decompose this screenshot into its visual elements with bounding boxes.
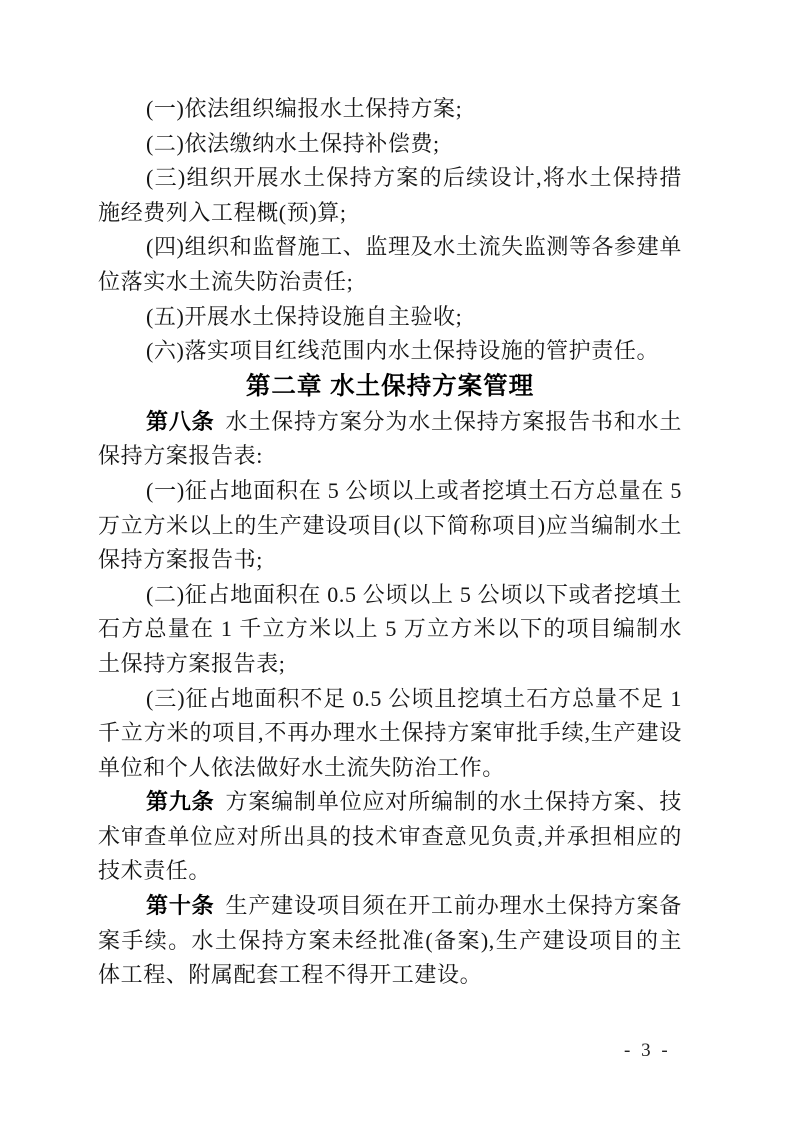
chapter-heading: 第二章 水土保持方案管理 <box>98 369 682 405</box>
article-number: 第八条 <box>146 409 215 434</box>
list-item: (三)组织开展水土保持方案的后续设计,将水土保持措施经费列入工程概(预)算; <box>98 161 682 230</box>
page-number: - 3 - <box>624 1040 671 1062</box>
article-paragraph: 第十条生产建设项目须在开工前办理水土保持方案备案手续。水土保持方案未经批准(备案… <box>98 889 682 993</box>
article-paragraph: 第九条方案编制单位应对所编制的水土保持方案、技术审查单位应对所出具的技术审查意见… <box>98 785 682 889</box>
list-item: (一)依法组织编报水土保持方案; <box>98 92 682 127</box>
article-number: 第十条 <box>146 893 215 918</box>
list-item: (一)征占地面积在 5 公顷以上或者挖填土石方总量在 5 万立方米以上的生产建设… <box>98 474 682 578</box>
list-item: (二)征占地面积在 0.5 公顷以上 5 公顷以下或者挖填土石方总量在 1 千立… <box>98 578 682 682</box>
document-page: (一)依法组织编报水土保持方案; (二)依法缴纳水土保持补偿费; (三)组织开展… <box>0 0 793 1122</box>
article-paragraph: 第八条水土保持方案分为水土保持方案报告书和水土保持方案报告表: <box>98 405 682 474</box>
list-item: (三)征占地面积不足 0.5 公顷且挖填土石方总量不足 1 千立方米的项目,不再… <box>98 682 682 786</box>
list-item: (六)落实项目红线范围内水土保持设施的管护责任。 <box>98 334 682 369</box>
article-number: 第九条 <box>146 789 215 814</box>
list-item: (四)组织和监督施工、监理及水土流失监测等各参建单位落实水土流失防治责任; <box>98 230 682 299</box>
list-item: (五)开展水土保持设施自主验收; <box>98 300 682 335</box>
list-item: (二)依法缴纳水土保持补偿费; <box>98 127 682 162</box>
page-content: (一)依法组织编报水土保持方案; (二)依法缴纳水土保持补偿费; (三)组织开展… <box>98 92 682 993</box>
